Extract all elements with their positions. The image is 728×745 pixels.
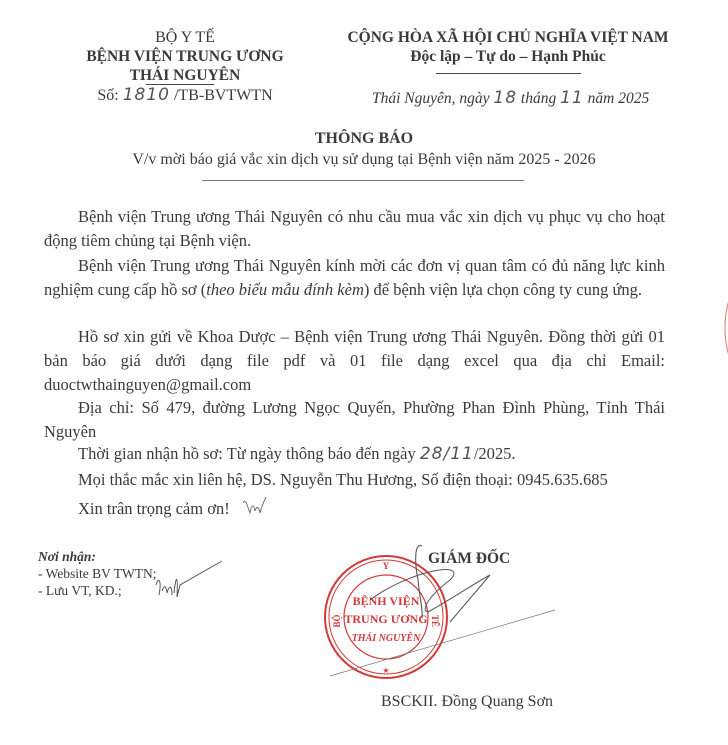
issuing-authority-block: BỘ Y TẾ BỆNH VIỆN TRUNG ƯƠNG THÁI NGUYÊN… bbox=[60, 28, 310, 106]
contact-email[interactable]: duoctwthainguyen@gmail.com bbox=[44, 375, 251, 394]
paragraph-address: Địa chỉ: Số 479, đường Lương Ngọc Quyến,… bbox=[44, 396, 665, 444]
deadline-text: Thời gian nhận hồ sơ: Từ ngày thông báo … bbox=[78, 444, 420, 463]
approval-initials-icon bbox=[150, 555, 230, 605]
invitation-text-end: ) để bệnh viện lựa chọn công ty cung ứng… bbox=[364, 280, 642, 299]
document-subject: V/v mời báo giá vắc xin dịch vụ sử dụng … bbox=[0, 151, 728, 169]
issue-date: Thái Nguyên, ngày 18 tháng 11 năm 2025 bbox=[372, 88, 649, 108]
document-number-handwritten: 1810 bbox=[123, 85, 170, 105]
nation-name: CỘNG HÒA XÃ HỘI CHỦ NGHĨA VIỆT NAM bbox=[318, 28, 698, 47]
date-month-label: tháng bbox=[517, 90, 560, 107]
paragraph-deadline: Thời gian nhận hồ sơ: Từ ngày thông báo … bbox=[78, 442, 678, 466]
director-signature-icon bbox=[310, 540, 560, 680]
motto-divider bbox=[436, 73, 581, 74]
document-number: Số: 1810 /TB-BVTWTN bbox=[60, 85, 310, 106]
recipient-item: - Lưu VT, KD.; bbox=[38, 582, 157, 599]
title-divider bbox=[202, 180, 524, 181]
date-prefix: Thái Nguyên, ngày bbox=[372, 90, 493, 107]
date-month-handwritten: 11 bbox=[560, 88, 584, 108]
date-year-label: năm 2025 bbox=[584, 90, 649, 107]
invitation-form-note: theo biểu mẫu đính kèm bbox=[206, 280, 364, 299]
signer-name: BSCKII. Đồng Quang Sơn bbox=[381, 693, 553, 711]
paragraph-contact: Mọi thắc mắc xin liên hệ, DS. Nguyễn Thu… bbox=[78, 468, 678, 492]
national-motto: Độc lập – Tự do – Hạnh Phúc bbox=[318, 47, 698, 66]
paragraph-thanks: Xin trân trọng cảm ơn! bbox=[78, 497, 678, 521]
recipients-heading: Nơi nhận: bbox=[38, 548, 157, 565]
national-header-block: CỘNG HÒA XÃ HỘI CHỦ NGHĨA VIỆT NAM Độc l… bbox=[318, 28, 698, 74]
page-seal-fragment-icon bbox=[716, 288, 728, 368]
paragraph-submission: Hồ sơ xin gửi về Khoa Dược – Bệnh viện T… bbox=[44, 325, 665, 397]
paragraph-invitation: Bệnh viện Trung ương Thái Nguyên kính mờ… bbox=[44, 254, 665, 302]
ministry-name: BỘ Y TẾ bbox=[60, 28, 310, 47]
thanks-text: Xin trân trọng cảm ơn! bbox=[78, 499, 230, 518]
hospital-name-line2: THÁI NGUYÊN bbox=[60, 66, 310, 85]
document-title: THÔNG BÁO bbox=[0, 130, 728, 148]
deadline-year: /2025. bbox=[474, 444, 516, 463]
recipient-item: - Website BV TWTN; bbox=[38, 565, 157, 582]
initial-signature-icon bbox=[240, 495, 268, 519]
paragraph-purchase-need: Bệnh viện Trung ương Thái Nguyên có nhu … bbox=[44, 205, 665, 253]
document-number-prefix: Số: bbox=[97, 87, 122, 104]
submission-text: Hồ sơ xin gửi về Khoa Dược – Bệnh viện T… bbox=[44, 327, 665, 370]
hospital-name-underline bbox=[146, 84, 214, 85]
document-number-suffix: /TB-BVTWTN bbox=[170, 87, 273, 104]
hospital-name-line1: BỆNH VIỆN TRUNG ƯƠNG bbox=[60, 47, 310, 66]
deadline-date-handwritten: 28/11 bbox=[420, 444, 474, 464]
recipients-block: Nơi nhận: - Website BV TWTN; - Lưu VT, K… bbox=[38, 548, 157, 599]
date-day-handwritten: 18 bbox=[493, 88, 517, 108]
